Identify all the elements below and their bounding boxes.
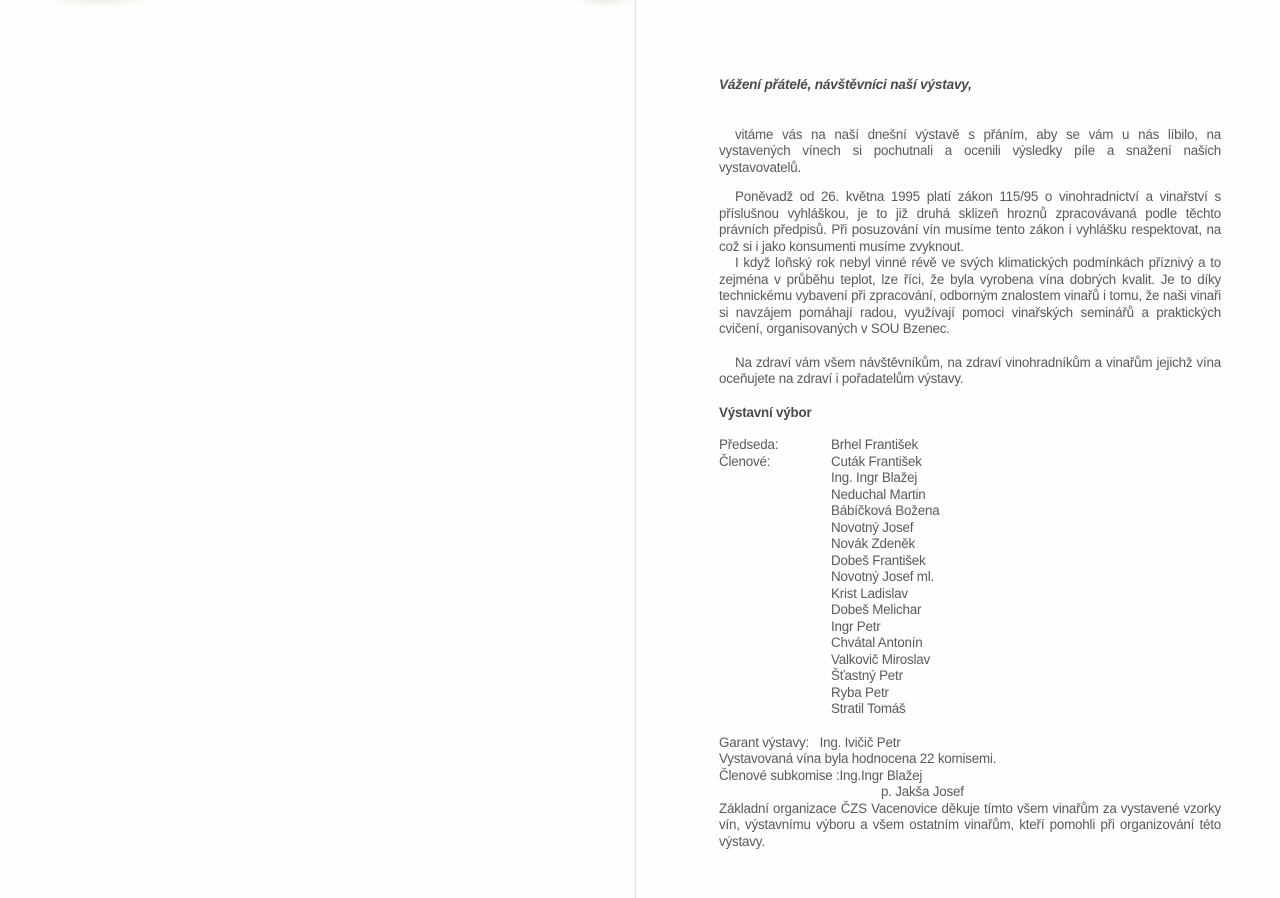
committee-member: Bábíčková Božena — [831, 503, 1221, 520]
committee-member: Ingr Petr — [831, 619, 1221, 636]
committee-heading: Výstavní výbor — [719, 405, 1221, 422]
committee-member: Krist Ladislav — [831, 586, 1221, 603]
commissions-count: Vystavovaná vína byla hodnocena 22 komis… — [719, 751, 1221, 768]
committee-member: Novotný Josef — [831, 520, 1221, 537]
committee-member: Dobeš František — [831, 553, 1221, 570]
guarantor: Garant výstavy: Ing. Ivičič Petr — [719, 735, 1221, 752]
committee-member: Novák Zdeněk — [831, 536, 1221, 553]
committee-member: Chvátal Antonín — [831, 635, 1221, 652]
paragraph-law: Poněvadž od 26. května 1995 platí zákon … — [719, 189, 1221, 255]
paper-smudge — [40, 0, 160, 8]
footer-info: Garant výstavy: Ing. Ivičič Petr Vystavo… — [719, 735, 1221, 851]
chair-label: Předseda: — [719, 437, 831, 454]
page-fold — [635, 0, 636, 898]
thanks-note: Základní organizace ČZS Vacenovice děkuj… — [719, 801, 1221, 851]
chair-name: Brhel František — [831, 437, 1221, 454]
paper-smudge — [575, 0, 635, 8]
left-page-blank — [0, 0, 636, 898]
paragraph-welcome: vitáme vás na naší dnešní výstavě s přán… — [719, 127, 1221, 177]
committee-member: Dobeš Melichar — [831, 602, 1221, 619]
subcommission-member-2: p. Jakša Josef — [719, 784, 1221, 801]
committee-member: Šťastný Petr — [831, 668, 1221, 685]
committee-list: Předseda: Brhel František Členové: Cuták… — [719, 437, 1221, 718]
paragraph-toast: Na zdraví vám všem návštěvníkům, na zdra… — [719, 355, 1221, 388]
committee-member: Novotný Josef ml. — [831, 569, 1221, 586]
members-list: Cuták FrantišekIng. Ingr BlažejNeduchal … — [831, 454, 1221, 718]
committee-member: Neduchal Martin — [831, 487, 1221, 504]
paragraph-harvest: I když loňský rok nebyl vinné révě ve sv… — [719, 255, 1221, 338]
committee-member: Ing. Ingr Blažej — [831, 470, 1221, 487]
committee-member: Stratil Tomáš — [831, 701, 1221, 718]
committee-member: Valkovič Miroslav — [831, 652, 1221, 669]
subcommission-members: Členové subkomise :Ing.Ingr Blažej — [719, 768, 1221, 785]
committee-member: Cuták František — [831, 454, 1221, 471]
letter-content: Vážení přátelé, návštěvníci naší výstavy… — [719, 72, 1221, 850]
members-label: Členové: — [719, 454, 831, 718]
committee-member: Ryba Petr — [831, 685, 1221, 702]
greeting: Vážení přátelé, návštěvníci naší výstavy… — [719, 77, 1221, 94]
